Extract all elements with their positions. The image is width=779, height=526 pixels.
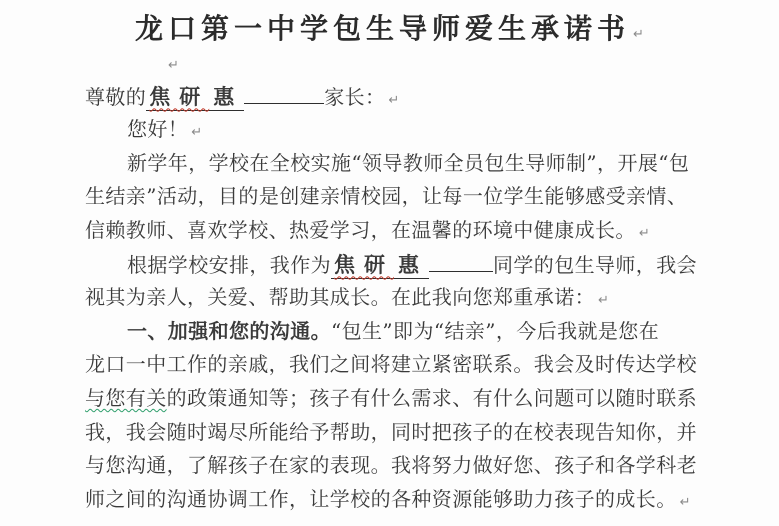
text-run: 家长： (324, 85, 385, 109)
blank-underline (244, 84, 324, 104)
text-run: 信赖教师、喜欢学校、热爱学习，在温馨的环境中健康成长。 (85, 218, 636, 242)
student-name: 焦研 (331, 252, 395, 279)
text-run: 的政策通知等；孩子有什么需求、有什么问题可以随时联系 (167, 386, 697, 410)
text-run: 与您沟通，了解孩子在家的表现。我将努力做好您、孩子和各学科老 (85, 453, 697, 477)
paragraph-3-line-3: 与您有关的政策通知等；孩子有什么需求、有什么问题可以随时联系 (85, 382, 701, 416)
paragraph-3-line-5: 与您沟通，了解孩子在家的表现。我将努力做好您、孩子和各学科老 (85, 449, 701, 483)
student-name: 惠 (395, 252, 429, 279)
paragraph-mark-icon: ↵ (639, 226, 650, 241)
paragraph-2-line-1: 根据学校安排，我作为焦研惠同学的包生导师，我会 (85, 248, 701, 282)
text-run: 师之间的沟通协调工作，让学校的各种资源能够助力孩子的成长。 (85, 487, 677, 511)
student-name: 惠 (210, 84, 244, 111)
text-run: 根据学校安排，我作为 (127, 253, 331, 277)
paragraph-3-line-4: 我，我会随时竭尽所能给予帮助，同时把孩子的在校表现告知你，并 (85, 416, 701, 450)
text-run: 新学年，学校在全校实施“领导教师全员包生导师制”，开展“包 (127, 151, 689, 175)
paragraph-3-line-2: 龙口一中工作的亲戚，我们之间将建立紧密联系。我会及时传达学校 (85, 348, 701, 382)
paragraph-2-line-2: 视其为亲人，关爱、帮助其成长。在此我向您郑重承诺：↵ (85, 281, 701, 315)
paragraph-3-line-1: 一、加强和您的沟通。“包生”即为“结亲”，今后我就是您在 (85, 315, 701, 349)
document-body: ↵尊敬的焦研惠家长：↵您好！↵新学年，学校在全校实施“领导教师全员包生导师制”，… (85, 46, 701, 516)
text-run: 视其为亲人，关爱、帮助其成长。在此我向您郑重承诺： (85, 285, 595, 309)
document-title-text: 龙口第一中学包生导师爱生承诺书 (135, 12, 630, 45)
blank-underline (429, 252, 493, 272)
paragraph-1-line-3: 信赖教师、喜欢学校、热爱学习，在温馨的环境中健康成长。↵ (85, 214, 701, 248)
paragraph-mark-icon: ↵ (168, 58, 179, 73)
paragraph-1-line-1: 新学年，学校在全校实施“领导教师全员包生导师制”，开展“包 (85, 147, 701, 181)
greeting-line: 您好！↵ (85, 113, 701, 147)
paragraph-mark-icon: ↵ (388, 93, 399, 108)
paragraph-mark-icon: ↵ (191, 125, 202, 140)
paragraph-mark-icon: ↵ (680, 495, 691, 510)
text-run: 生结亲”活动，目的是创建亲情校园，让每一位学生能够感受亲情、 (85, 184, 687, 208)
salutation-line: 尊敬的焦研惠家长：↵ (85, 80, 701, 114)
text-run: 尊敬的 (85, 85, 146, 109)
text-run: 您好！ (127, 117, 188, 141)
document-page: 龙口第一中学包生导师爱生承诺书↵ ↵尊敬的焦研惠家长：↵您好！↵新学年，学校在全… (0, 0, 779, 526)
paragraph-mark-icon: ↵ (598, 293, 609, 308)
text-run: “包生”即为“结亲”，今后我就是您在 (331, 319, 659, 343)
text-run: 我，我会随时竭尽所能给予帮助，同时把孩子的在校表现告知你，并 (85, 420, 697, 444)
paragraph-mark-icon: ↵ (633, 27, 644, 42)
document-title: 龙口第一中学包生导师爱生承诺书↵ (0, 7, 779, 47)
text-run: 同学的包生导师，我会 (493, 253, 697, 277)
paragraph-1-line-2: 生结亲”活动，目的是创建亲情校园，让每一位学生能够感受亲情、 (85, 180, 701, 214)
text-run: 龙口一中工作的亲戚，我们之间将建立紧密联系。我会及时传达学校 (85, 352, 697, 376)
student-name: 焦研 (146, 84, 210, 111)
promise-heading: 一、加强和您的沟通。 (127, 319, 331, 343)
empty-paragraph: ↵ (85, 46, 701, 80)
paragraph-3-line-6: 师之间的沟通协调工作，让学校的各种资源能够助力孩子的成长。↵ (85, 483, 701, 517)
grammar-check-underline: 与您有关 (85, 386, 167, 410)
